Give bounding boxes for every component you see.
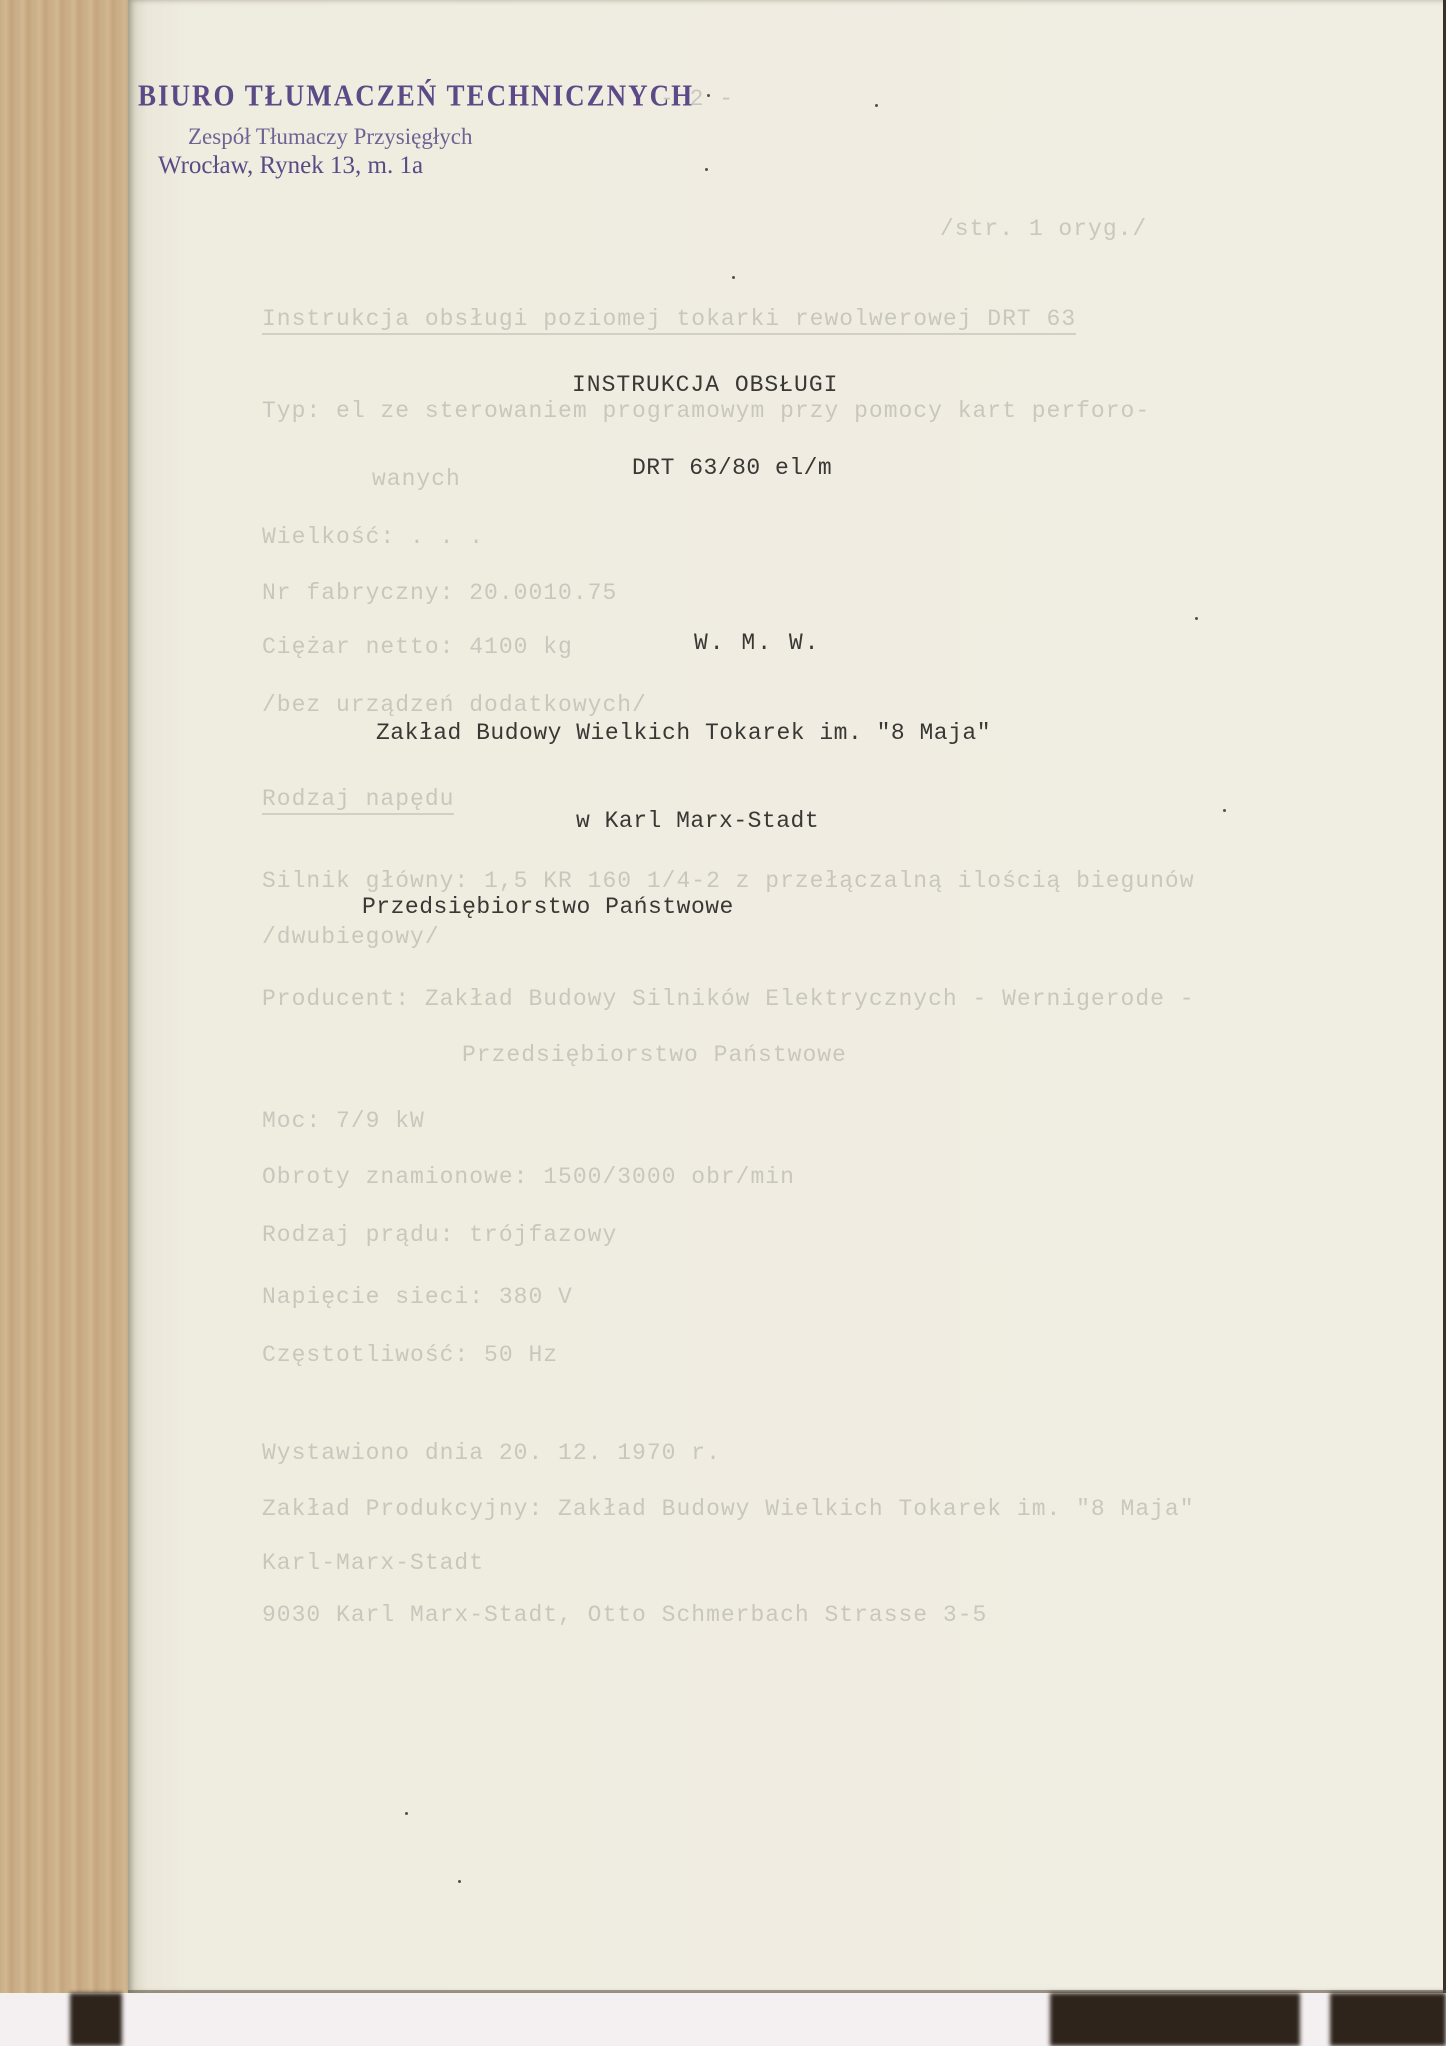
bleed-line: Moc: 7/9 kW — [262, 1108, 425, 1134]
bleed-line: wanych — [372, 466, 461, 492]
bleed-title: Instrukcja obsługi poziomej tokarki rewo… — [262, 306, 1076, 335]
bleed-line: Rodzaj prądu: trójfazowy — [262, 1222, 617, 1248]
original-page-ref: /str. 1 oryg./ — [940, 216, 1147, 242]
bleed-line: /bez urządzeń dodatkowych/ — [262, 692, 647, 718]
ink-speck — [732, 276, 735, 279]
bleed-line: Nr fabryczny: 20.0010.75 — [262, 580, 617, 606]
document-title: INSTRUKCJA OBSŁUGI — [572, 372, 838, 398]
ink-speck — [1223, 809, 1226, 812]
bleed-line: Ciężar netto: 4100 kg — [262, 634, 573, 660]
bleed-line: Karl-Marx-Stadt — [262, 1550, 484, 1576]
ink-speck — [875, 104, 878, 107]
bleed-line: Częstotliwość: 50 Hz — [262, 1342, 558, 1368]
bleed-line: Rodzaj napędu — [262, 786, 454, 815]
company-name: Zakład Budowy Wielkich Tokarek im. "8 Ma… — [376, 720, 991, 746]
ink-speck — [705, 168, 708, 171]
ink-speck — [458, 1880, 461, 1883]
machine-model: DRT 63/80 el/m — [632, 455, 832, 481]
ink-speck — [707, 94, 710, 97]
stamp-line-3: Wrocław, Rynek 13, m. 1a — [158, 152, 423, 180]
finger-shadow — [1050, 1993, 1300, 2046]
stamp-line-2: Zespół Tłumaczy Przysięgłych — [188, 124, 472, 150]
ink-speck — [1195, 617, 1198, 620]
bleed-line: Obroty znamionowe: 1500/3000 obr/min — [262, 1164, 795, 1190]
bleed-line: Typ: el ze sterowaniem programowym przy … — [262, 398, 1150, 424]
enterprise-type: Przedsiębiorstwo Państwowe — [362, 894, 734, 920]
bleed-line: 9030 Karl Marx-Stadt, Otto Schmerbach St… — [262, 1602, 987, 1628]
scan-bottom-margin — [0, 1993, 1446, 2046]
bleed-line: Silnik główny: 1,5 KR 160 1/4-2 z przełą… — [262, 868, 1195, 894]
ink-speck — [405, 1812, 408, 1815]
bleed-line: Wystawiono dnia 20. 12. 1970 r. — [262, 1440, 721, 1466]
company-location: w Karl Marx-Stadt — [576, 808, 819, 834]
stamp-line-1: BIURO TŁUMACZEŃ TECHNICZNYCH — [138, 78, 694, 114]
company-abbreviation: W. M. W. — [694, 630, 820, 656]
bleed-line: Napięcie sieci: 380 V — [262, 1284, 573, 1310]
wooden-surface — [0, 0, 128, 2000]
finger-shadow — [1330, 1993, 1446, 2046]
bleed-line: Zakład Produkcyjny: Zakład Budowy Wielki… — [262, 1496, 1195, 1522]
finger-shadow — [70, 1993, 122, 2046]
bleed-line: Producent: Zakład Budowy Silników Elektr… — [262, 986, 1195, 1012]
page-number: - 2 - — [660, 86, 734, 112]
bleed-line: Wielkość: . . . — [262, 524, 484, 550]
bleed-line: Przedsiębiorstwo Państwowe — [462, 1042, 847, 1068]
bleed-line: /dwubiegowy/ — [262, 924, 440, 950]
